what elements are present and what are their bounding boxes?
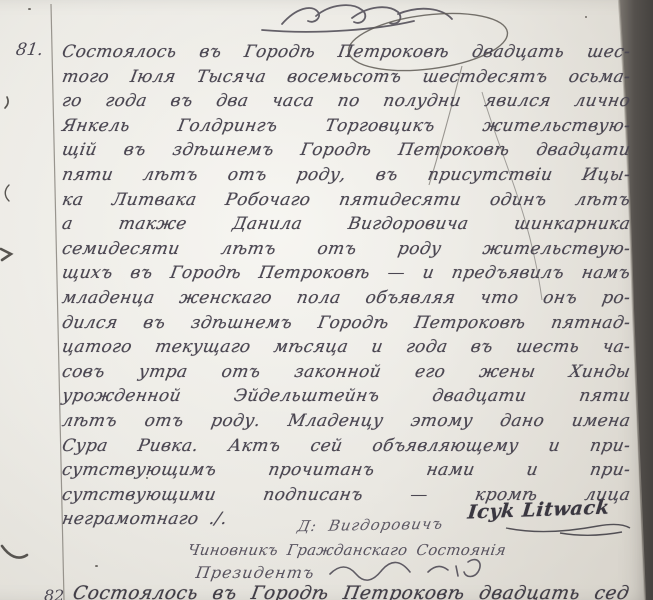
paper-speck — [28, 8, 31, 10]
manuscript-line: го года въ два часа по полудни явился ли… — [60, 89, 632, 114]
manuscript-line: младенца женскаго пола объявляя что онъ … — [60, 286, 632, 311]
paper-speck — [146, 477, 148, 479]
paper-speck — [585, 16, 587, 18]
paper-speck — [95, 565, 98, 567]
manuscript-line: семидесяти лѣтъ отъ роду жительствую- — [60, 237, 632, 262]
manuscript-line: совъ утра отъ законной его жены Хинды — [60, 360, 632, 385]
manuscript-line: Янкель Голдрингъ Торговцикъ жительствую- — [60, 114, 632, 139]
manuscript-line: Состоялось въ Городѣ Петроковѣ двадцать … — [60, 40, 632, 65]
top-flourish — [262, 5, 452, 32]
witness-signature-cyrillic: Д: Вигдоровичъ — [296, 515, 445, 536]
next-record-first-line: Состоялось въ Городѣ Петроковѣ двадцать … — [71, 583, 631, 600]
manuscript-line: лѣтъ отъ роду. Младенцу этому дано имена — [60, 409, 632, 434]
latin-signature-underline — [506, 524, 630, 535]
manuscript-line: Сура Ривка. Актъ сей объявляющему и при- — [60, 434, 632, 459]
manuscript-line: щій въ здѣшнемъ Городѣ Петроковѣ двадцат… — [60, 138, 632, 163]
manuscript-line: урожденной Эйдельштейнъ двадцати пяти — [60, 384, 632, 409]
witness-signature-latin: Icyk Litwack — [467, 497, 611, 524]
manuscript-line: сутствующимъ прочитанъ нами и при- — [60, 458, 632, 483]
next-record-number: 82 — [44, 586, 64, 600]
manuscript-line: ка Литвака Робочаго пятидесяти одинъ лѣт… — [60, 188, 632, 213]
record-number: 81. — [15, 40, 45, 60]
manuscript-line: щихъ въ Городѣ Петроковѣ — и предъявилъ … — [60, 261, 632, 286]
manuscript-line: дился въ здѣшнемъ Городѣ Петроковѣ пятна… — [60, 311, 632, 336]
president-title: Президентъ — [194, 563, 316, 582]
manuscript-line: того Іюля Тысяча восемьсотъ шестдесятъ о… — [60, 65, 632, 90]
manuscript-line: пяти лѣтъ отъ роду, въ присутствіи Ицы- — [60, 163, 632, 188]
margin-marks — [1, 97, 27, 558]
manuscript-line: а также Данила Вигдоровича шинкарника — [60, 212, 632, 237]
president-signature-flourish — [330, 560, 480, 581]
scanned-manuscript-page: 81. Состоялось въ Городѣ Петроковѣ двадц… — [0, 0, 653, 600]
manuscript-line: цатого текущаго мѣсяца и года въ шесть ч… — [60, 335, 632, 360]
civil-officer-title: Чиновникъ Гражданскаго Состоянія — [187, 541, 508, 559]
